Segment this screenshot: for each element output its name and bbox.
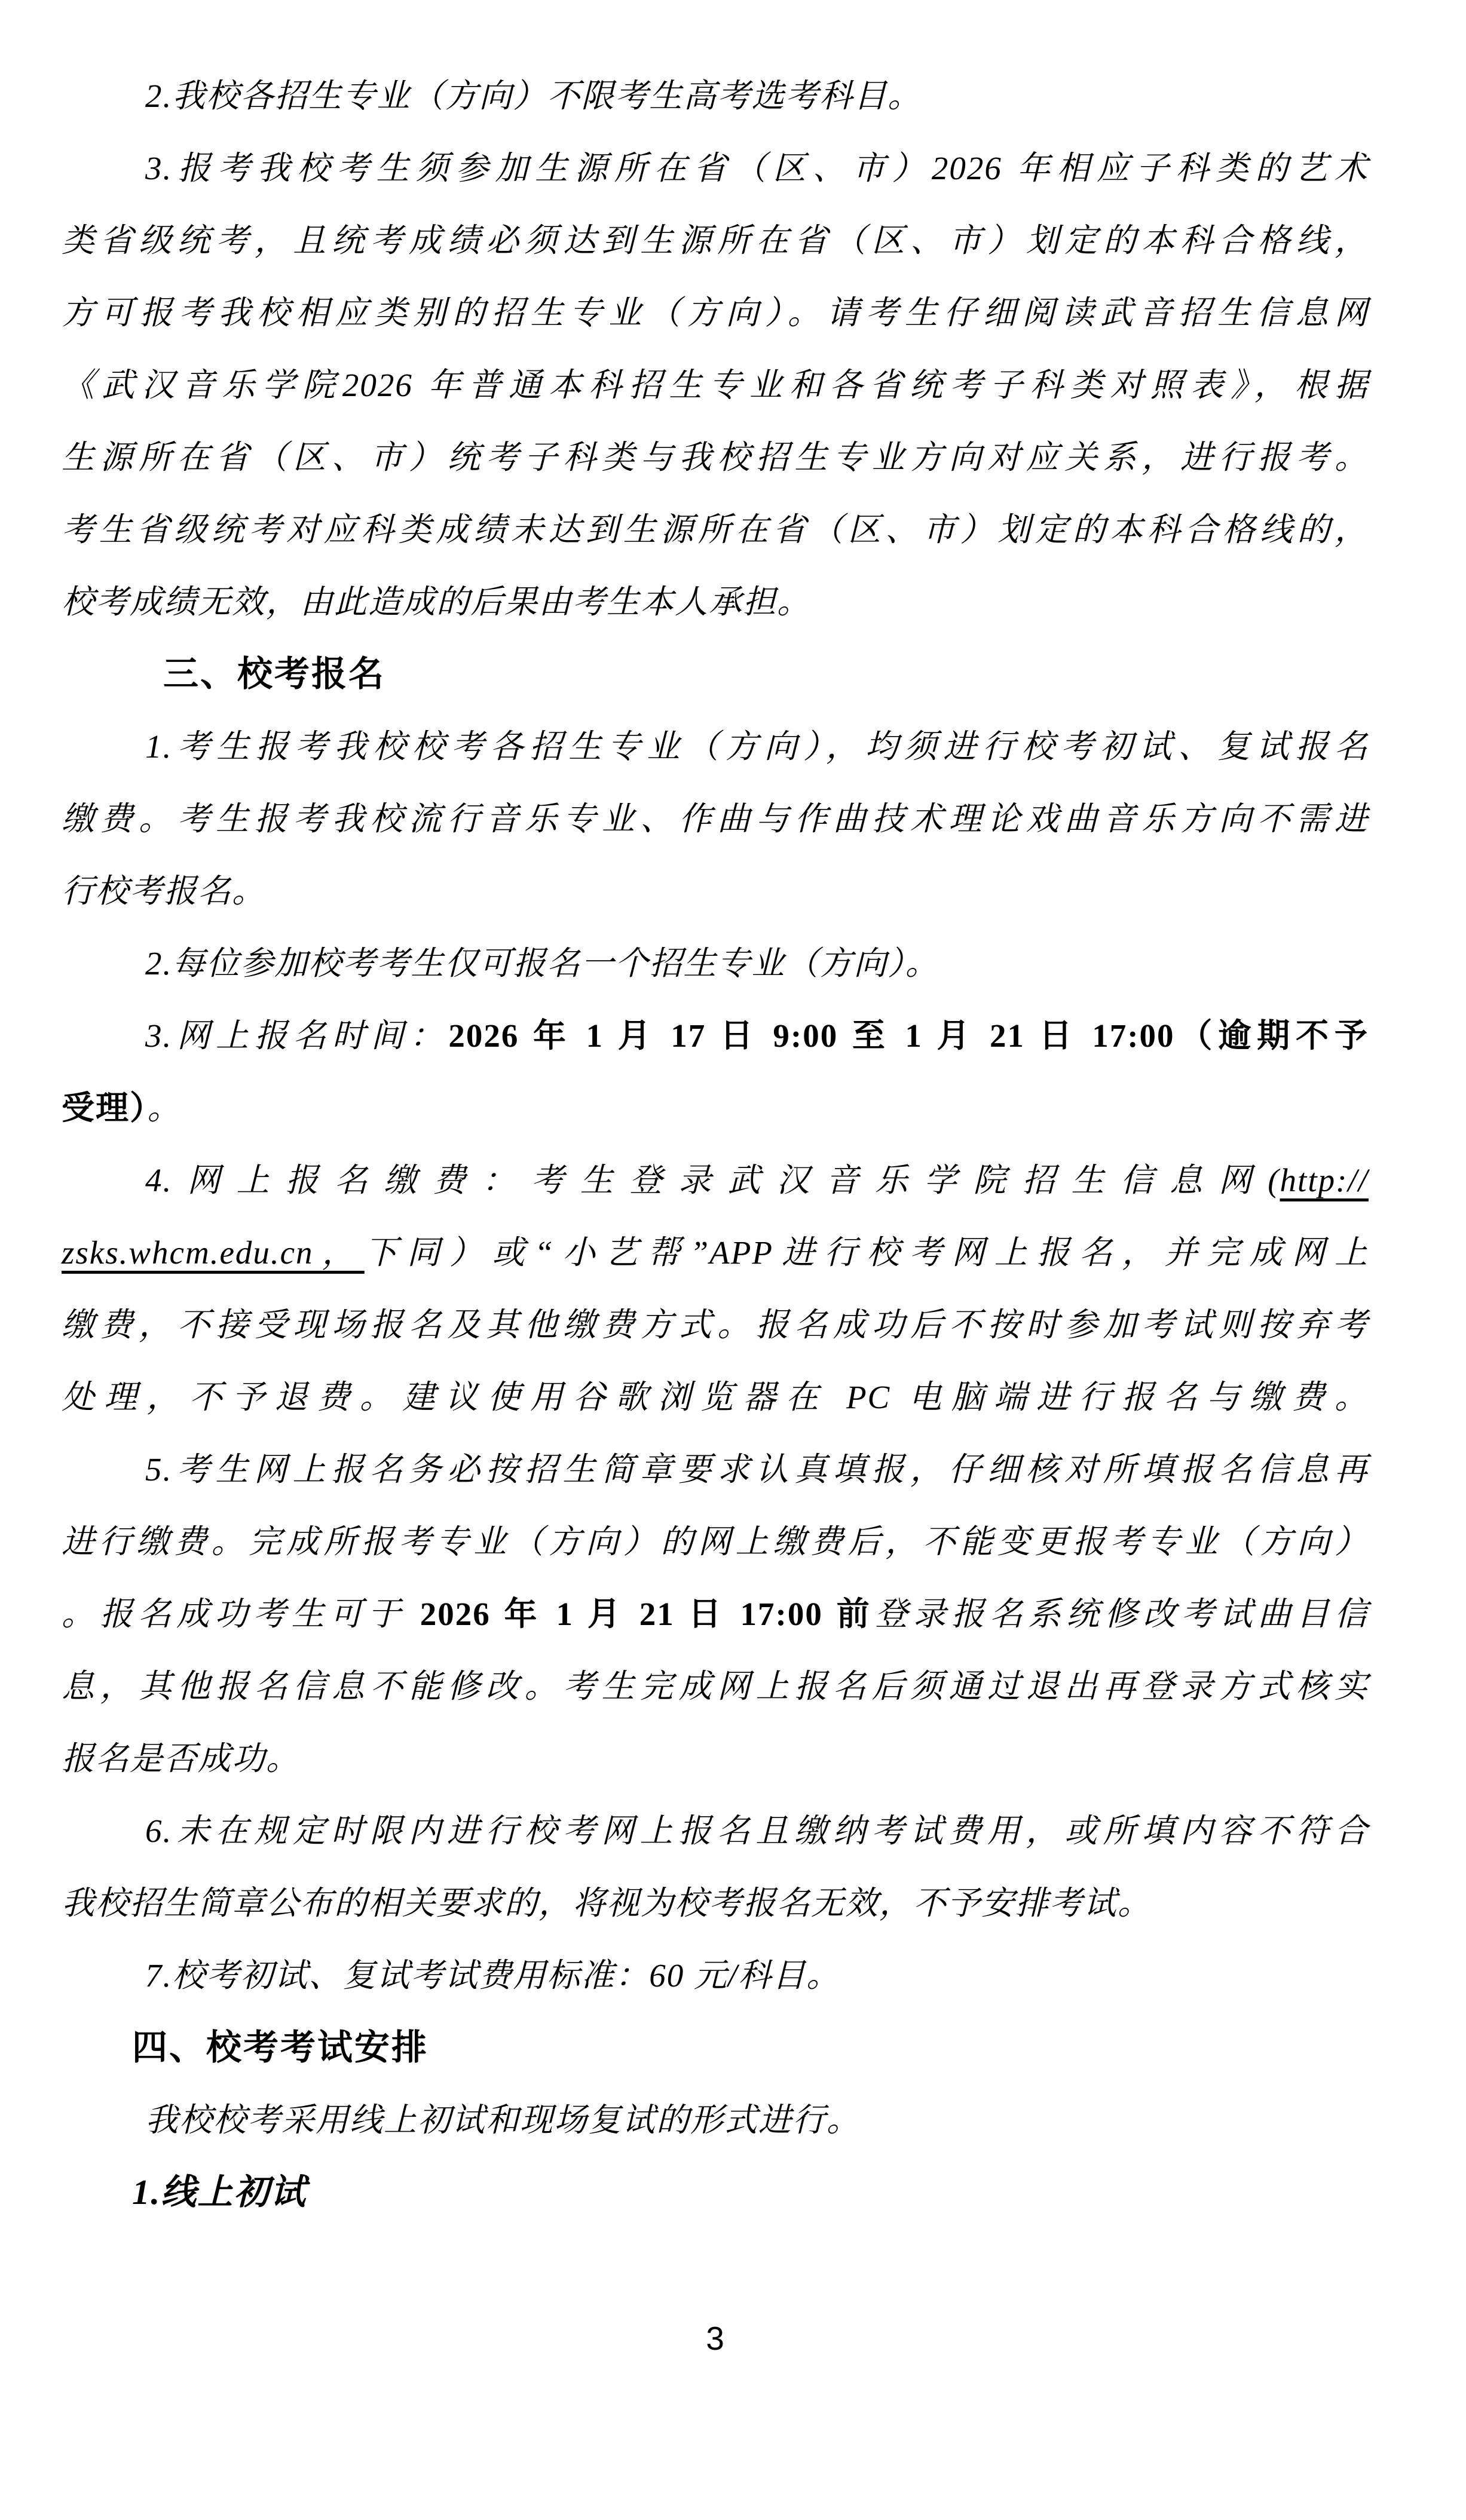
paragraph-line: 方可报考我校相应类别的招生专业（方向）。请考生仔细阅读武音招生信息网 [62, 277, 1369, 349]
paragraph-line: 息，其他报名信息不能修改。考生完成网上报名后须通过退出再登录方式核实 [62, 1650, 1369, 1722]
section-heading-campus-exam-registration: 三、校考报名 [62, 638, 1369, 710]
body-text: 行校考报名。 [62, 873, 266, 909]
subheading-text: 1.线上初试 [132, 2172, 307, 2212]
body-text: 。 [148, 1090, 182, 1126]
paragraph-line: 5.考生网上报名务必按招生简章要求认真填报，仔细核对所填报名信息再 [62, 1433, 1369, 1506]
body-text: 校考成绩无效，由此造成的后果由考生本人承担。 [62, 584, 811, 620]
paragraph-line: 。报名成功考生可于 2026 年 1 月 21 日 17:00 前登录报名系统修… [62, 1578, 1369, 1650]
paragraph-line: 生源所在省（区、市）统考子科类与我校招生专业方向对应关系，进行报考。 [62, 421, 1369, 493]
paragraph-line: 2.每位参加校考考生仅可报名一个招生专业（方向）。 [62, 927, 1369, 1000]
body-text: 息，其他报名信息不能修改。考生完成网上报名后须通过退出再登录方式核实 [62, 1668, 1369, 1704]
paragraph-line: 6.未在规定时限内进行校考网上报名且缴纳考试费用，或所填内容不符合 [62, 1795, 1369, 1867]
paragraph-line: 处理，不予退费。建议使用谷歌浏览器在 PC 电脑端进行报名与缴费。 [62, 1361, 1369, 1433]
modification-deadline-text: 2026 年 1 月 21 日 17:00 前 [420, 1596, 875, 1632]
paragraph-line: 受理）。 [62, 1072, 1369, 1144]
paragraph-line: 缴费。考生报考我校流行音乐专业、作曲与作曲技术理论戏曲音乐方向不需进 [62, 783, 1369, 855]
paragraph-line: zsks.whcm.edu.cn，下同）或“小艺帮”APP进行校考网上报名，并完… [62, 1216, 1369, 1289]
paragraph-line: 进行缴费。完成所报考专业（方向）的网上缴费后，不能变更报考专业（方向） [62, 1506, 1369, 1578]
paragraph-line: 报名是否成功。 [62, 1722, 1369, 1795]
paragraph-line: 《武汉音乐学院2026 年普通本科招生专业和各省统考子科类对照表》，根据 [62, 349, 1369, 421]
paragraph-line: 我校校考采用线上初试和现场复试的形式进行。 [62, 2084, 1369, 2156]
subsection-heading-online-preliminary: 1.线上初试 [62, 2156, 1369, 2228]
body-text: 。报名成功考生可于 [62, 1596, 420, 1632]
paragraph-line: 1.考生报考我校校考各招生专业（方向），均须进行校考初试、复试报名 [62, 710, 1369, 783]
heading-text: 四、校考考试安排 [132, 2028, 429, 2067]
body-text: 1.考生报考我校校考各招生专业（方向），均须进行校考初试、复试报名 [145, 728, 1369, 765]
body-text: 我校招生简章公布的相关要求的，将视为校考报名无效，不予安排考试。 [62, 1885, 1152, 1921]
paragraph-line: 3.报考我校考生须参加生源所在省（区、市）2026 年相应子科类的艺术 [62, 132, 1369, 204]
paragraph-line: 缴费，不接受现场报名及其他缴费方式。报名成功后不按时参加考试则按弃考 [62, 1289, 1369, 1361]
body-text: 处理，不予退费。建议使用谷歌浏览器在 PC 电脑端进行报名与缴费。 [62, 1379, 1369, 1415]
body-text: 4.网上报名缴费：考生登录武汉音乐学院招生信息网( [145, 1162, 1280, 1198]
body-text: 下同）或“小艺帮”APP进行校考网上报名，并完成网上 [365, 1234, 1369, 1271]
body-text: 类省级统考，且统考成绩必须达到生源所在省（区、市）划定的本科合格线， [62, 222, 1369, 259]
body-text: 考生省级统考对应科类成绩未达到生源所在省（区、市）划定的本科合格线的， [62, 511, 1369, 548]
heading-text: 三、校考报名 [163, 654, 385, 694]
body-text: 5.考生网上报名务必按招生简章要求认真填报，仔细核对所填报名信息再 [145, 1451, 1369, 1488]
body-text: 缴费。考生报考我校流行音乐专业、作曲与作曲技术理论戏曲音乐方向不需进 [62, 801, 1369, 837]
body-text: 7.校考初试、复试考试费用标准：60 元/科目。 [145, 1957, 840, 1994]
paragraph-line: 考生省级统考对应科类成绩未达到生源所在省（区、市）划定的本科合格线的， [62, 493, 1369, 566]
paragraph-line: 2.我校各招生专业（方向）不限考生高考选考科目。 [62, 60, 1369, 132]
paragraph-line: 类省级统考，且统考成绩必须达到生源所在省（区、市）划定的本科合格线， [62, 204, 1369, 277]
paragraph-line: 7.校考初试、复试考试费用标准：60 元/科目。 [62, 1939, 1369, 2012]
registration-deadline-text: 2026 年 1 月 17 日 9:00 至 1 月 21 日 17:00（逾期… [448, 1017, 1369, 1054]
registration-deadline-text: 受理） [62, 1090, 148, 1126]
body-text: 进行缴费。完成所报考专业（方向）的网上缴费后，不能变更报考专业（方向） [62, 1523, 1369, 1560]
body-text: 我校校考采用线上初试和现场复试的形式进行。 [145, 2102, 861, 2138]
body-text: 2.我校各招生专业（方向）不限考生高考选考科目。 [145, 78, 922, 114]
section-heading-exam-arrangement: 四、校考考试安排 [62, 2012, 1369, 2084]
url-link[interactable]: http:// [1280, 1162, 1369, 1198]
body-text: 3.网上报名时间： [145, 1017, 448, 1054]
body-text: 缴费，不接受现场报名及其他缴费方式。报名成功后不按时参加考试则按弃考 [62, 1307, 1369, 1343]
body-text: 登录报名系统修改考试曲目信 [875, 1596, 1369, 1632]
body-text: 2.每位参加校考考生仅可报名一个招生专业（方向）。 [145, 945, 939, 982]
body-text: 报名是否成功。 [62, 1740, 300, 1777]
body-text: 方可报考我校相应类别的招生专业（方向）。请考生仔细阅读武音招生信息网 [62, 295, 1369, 331]
paragraph-line: 3.网上报名时间：2026 年 1 月 17 日 9:00 至 1 月 21 日… [62, 1000, 1369, 1072]
page-number: 3 [62, 2303, 1369, 2375]
body-text: 《武汉音乐学院2026 年普通本科招生专业和各省统考子科类对照表》，根据 [62, 367, 1369, 403]
paragraph-line: 4.网上报名缴费：考生登录武汉音乐学院招生信息网(http:// [62, 1144, 1369, 1216]
body-text: 3.报考我校考生须参加生源所在省（区、市）2026 年相应子科类的艺术 [145, 150, 1369, 186]
url-link[interactable]: zsks.whcm.edu.cn， [62, 1234, 365, 1271]
paragraph-line: 我校招生简章公布的相关要求的，将视为校考报名无效，不予安排考试。 [62, 1867, 1369, 1939]
paragraph-line: 行校考报名。 [62, 855, 1369, 927]
paragraph-line: 校考成绩无效，由此造成的后果由考生本人承担。 [62, 566, 1369, 638]
body-text: 6.未在规定时限内进行校考网上报名且缴纳考试费用，或所填内容不符合 [145, 1813, 1369, 1849]
body-text: 生源所在省（区、市）统考子科类与我校招生专业方向对应关系，进行报考。 [62, 439, 1369, 476]
document-page: 2.我校各招生专业（方向）不限考生高考选考科目。 3.报考我校考生须参加生源所在… [0, 0, 1466, 2520]
